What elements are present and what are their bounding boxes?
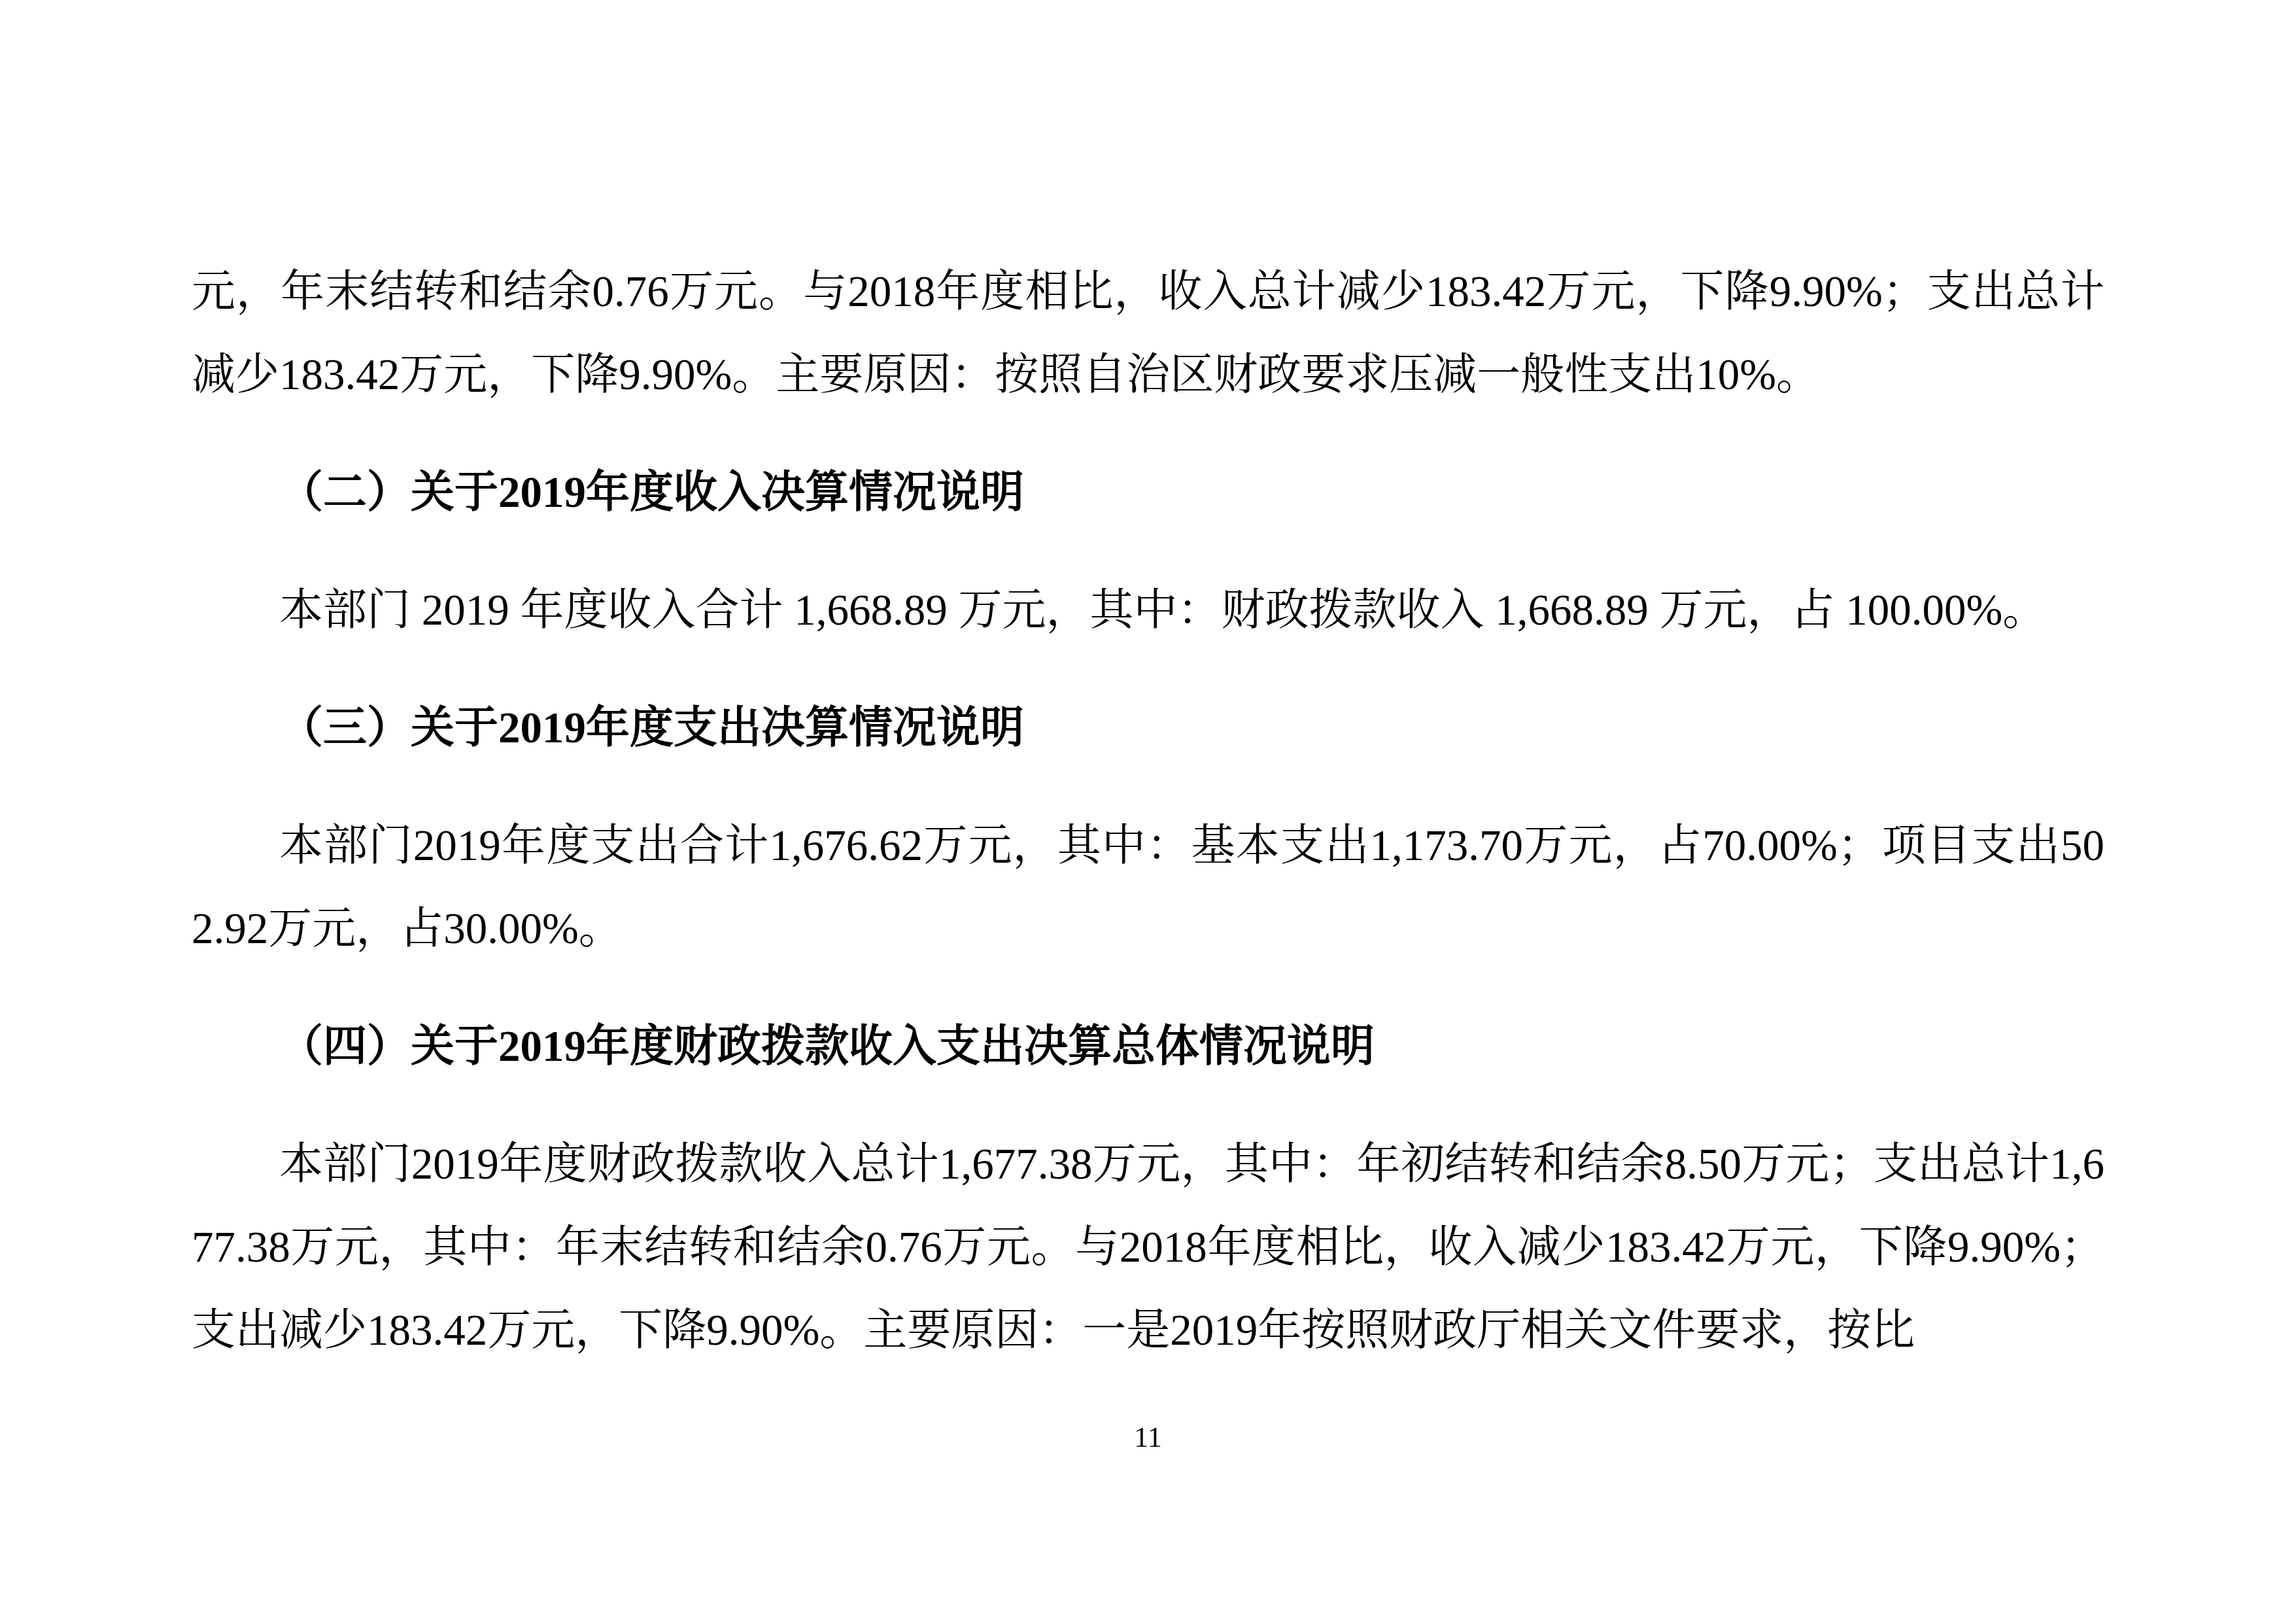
page-number: 11 xyxy=(0,1421,2296,1455)
paragraph-income-detail: 本部门 2019 年度收入合计 1,668.89 万元，其中：财政拨款收入 1,… xyxy=(192,569,2104,652)
paragraph-expenditure-detail: 本部门2019年度支出合计1,676.62万元，其中：基本支出1,173.70万… xyxy=(192,804,2104,971)
heading-section-2-income-statement: （二）关于2019年度收入决算情况说明 xyxy=(192,451,2104,534)
paragraph-fiscal-appropriation-detail: 本部门2019年度财政拨款收入总计1,677.38万元，其中：年初结转和结余8.… xyxy=(192,1123,2104,1372)
document-page: 元，年末结转和结余0.76万元。与2018年度相比，收入总计减少183.42万元… xyxy=(0,0,2296,1624)
heading-section-4-fiscal-appropriation-statement: （四）关于2019年度财政拨款收入支出决算总体情况说明 xyxy=(192,1005,2104,1088)
document-body: 元，年末结转和结余0.76万元。与2018年度相比，收入总计减少183.42万元… xyxy=(192,251,2104,1407)
heading-section-3-expenditure-statement: （三）关于2019年度支出决算情况说明 xyxy=(192,687,2104,770)
paragraph-overview-continuation: 元，年末结转和结余0.76万元。与2018年度相比，收入总计减少183.42万元… xyxy=(192,251,2104,417)
